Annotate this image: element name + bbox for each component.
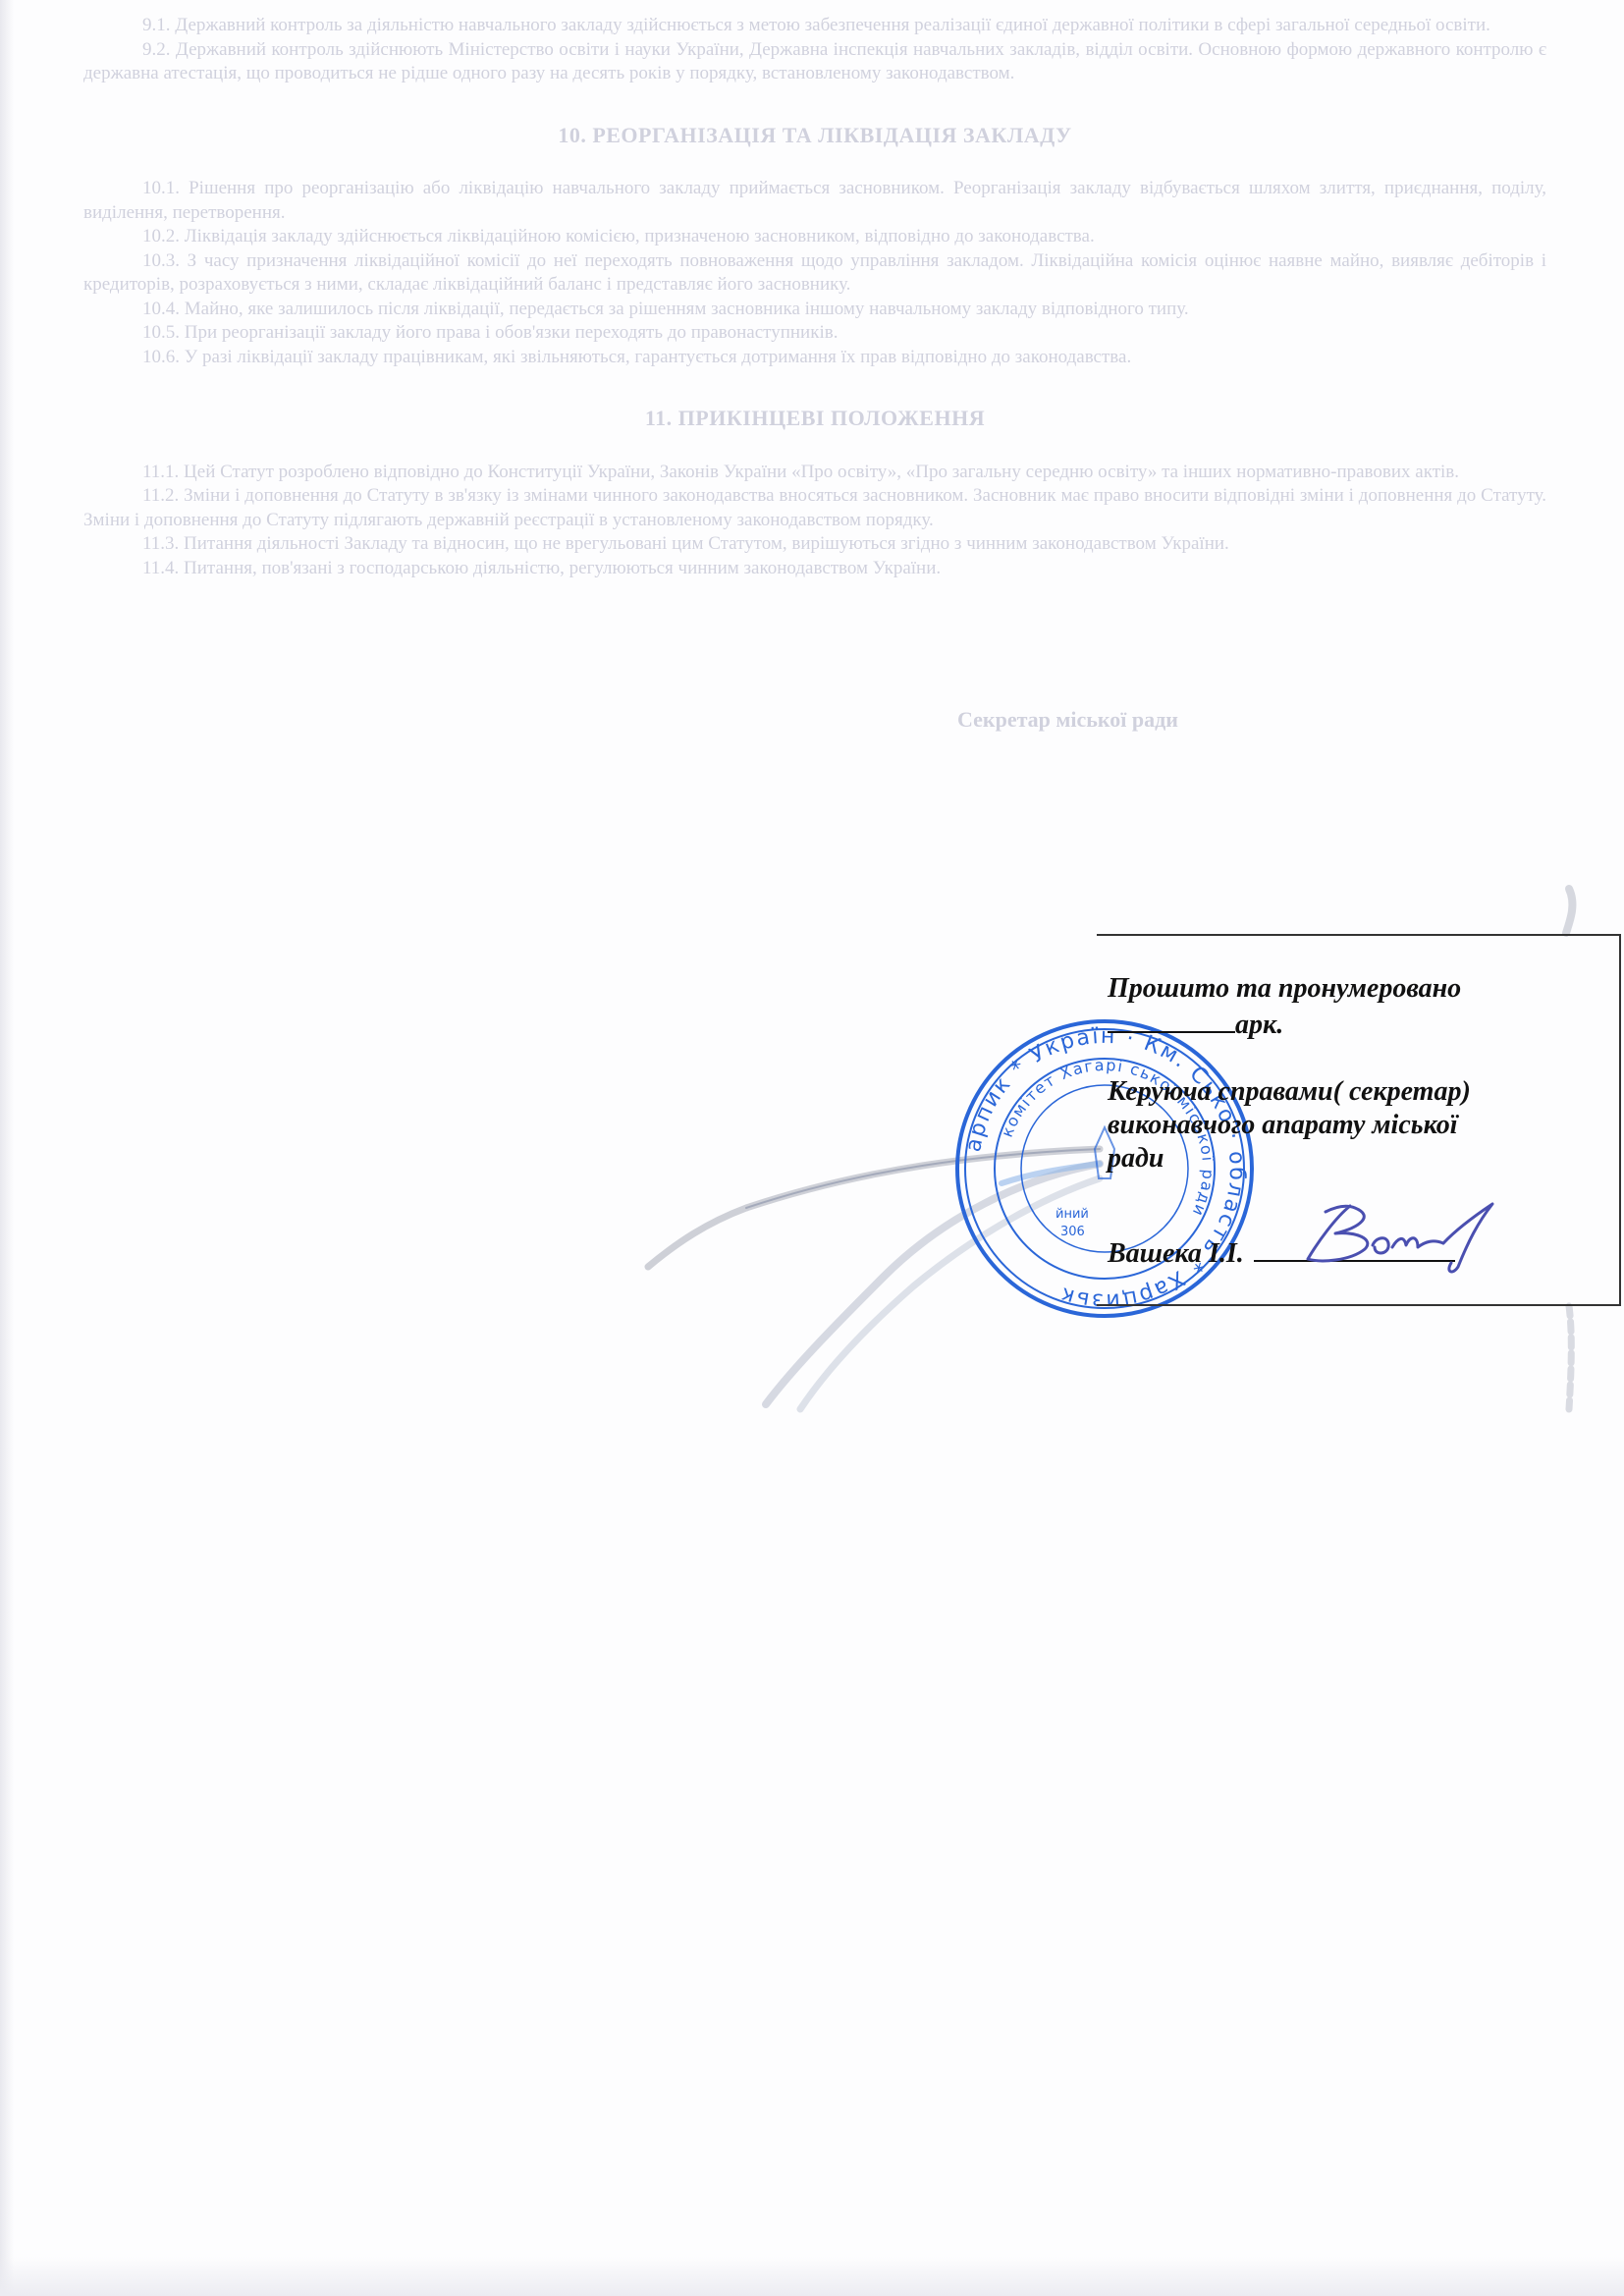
ghost-signature-line: Секретар міської ради	[83, 708, 1546, 733]
stitched-numbered-text: Прошито та пронумеровано	[1108, 972, 1608, 1006]
sheets-abbrev: арк.	[1235, 1010, 1283, 1040]
ghost-paragraph: 9.1. Державний контроль за діяльністю на…	[83, 14, 1546, 38]
ghost-heading: 11. ПРИКІНЦЕВІ ПОЛОЖЕННЯ	[83, 407, 1546, 431]
ghost-paragraph: 10.2. Ліквідація закладу здійснюється лі…	[83, 225, 1546, 249]
ghost-paragraph: 11.3. Питання діяльності Закладу та відн…	[83, 532, 1546, 557]
ghost-paragraph: 10.1. Рішення про реорганізацію або лікв…	[83, 177, 1546, 225]
ghost-paragraph: 11.2. Зміни і доповнення до Статуту в зв…	[83, 484, 1546, 532]
ghost-paragraph: 9.2. Державний контроль здійснюють Мініс…	[83, 38, 1546, 86]
page-edge-shadow	[0, 0, 14, 2296]
sheet-count-line: арк.	[1108, 1006, 1608, 1042]
ghost-paragraph: 10.6. У разі ліквідації закладу працівни…	[83, 346, 1546, 370]
ghost-paragraph: 10.4. Майно, яке залишилось після ліквід…	[83, 298, 1546, 322]
ghost-paragraph: 11.4. Питання, пов'язані з господарською…	[83, 557, 1546, 581]
sheet-count-blank	[1108, 1006, 1235, 1033]
ghost-signature-title: Секретар міської ради	[957, 708, 1178, 733]
position-line-2: виконавчого апарату міської	[1108, 1109, 1608, 1142]
svg-text:306: 306	[1060, 1225, 1085, 1239]
ghost-paragraph: 10.3. З часу призначення ліквідаційної к…	[83, 249, 1546, 298]
signer-name: Вашека І.І.	[1108, 1238, 1244, 1269]
handwritten-signature	[1296, 1198, 1502, 1277]
svg-text:йний: йний	[1056, 1207, 1089, 1222]
ghost-paragraph: 10.5. При реорганізації закладу його пра…	[83, 321, 1546, 346]
ghost-paragraph: 11.1. Цей Статут розроблено відповідно д…	[83, 461, 1546, 485]
bleed-through-text: 9.1. Державний контроль за діяльністю на…	[83, 14, 1546, 733]
position-line-3: ради	[1108, 1142, 1608, 1175]
page-bottom-shadow	[0, 2257, 1624, 2296]
ghost-heading: 10. РЕОРГАНІЗАЦІЯ ТА ЛІКВІДАЦІЯ ЗАКЛАДУ	[83, 124, 1546, 148]
position-line-1: Керуюча справами( секретар)	[1108, 1075, 1608, 1109]
